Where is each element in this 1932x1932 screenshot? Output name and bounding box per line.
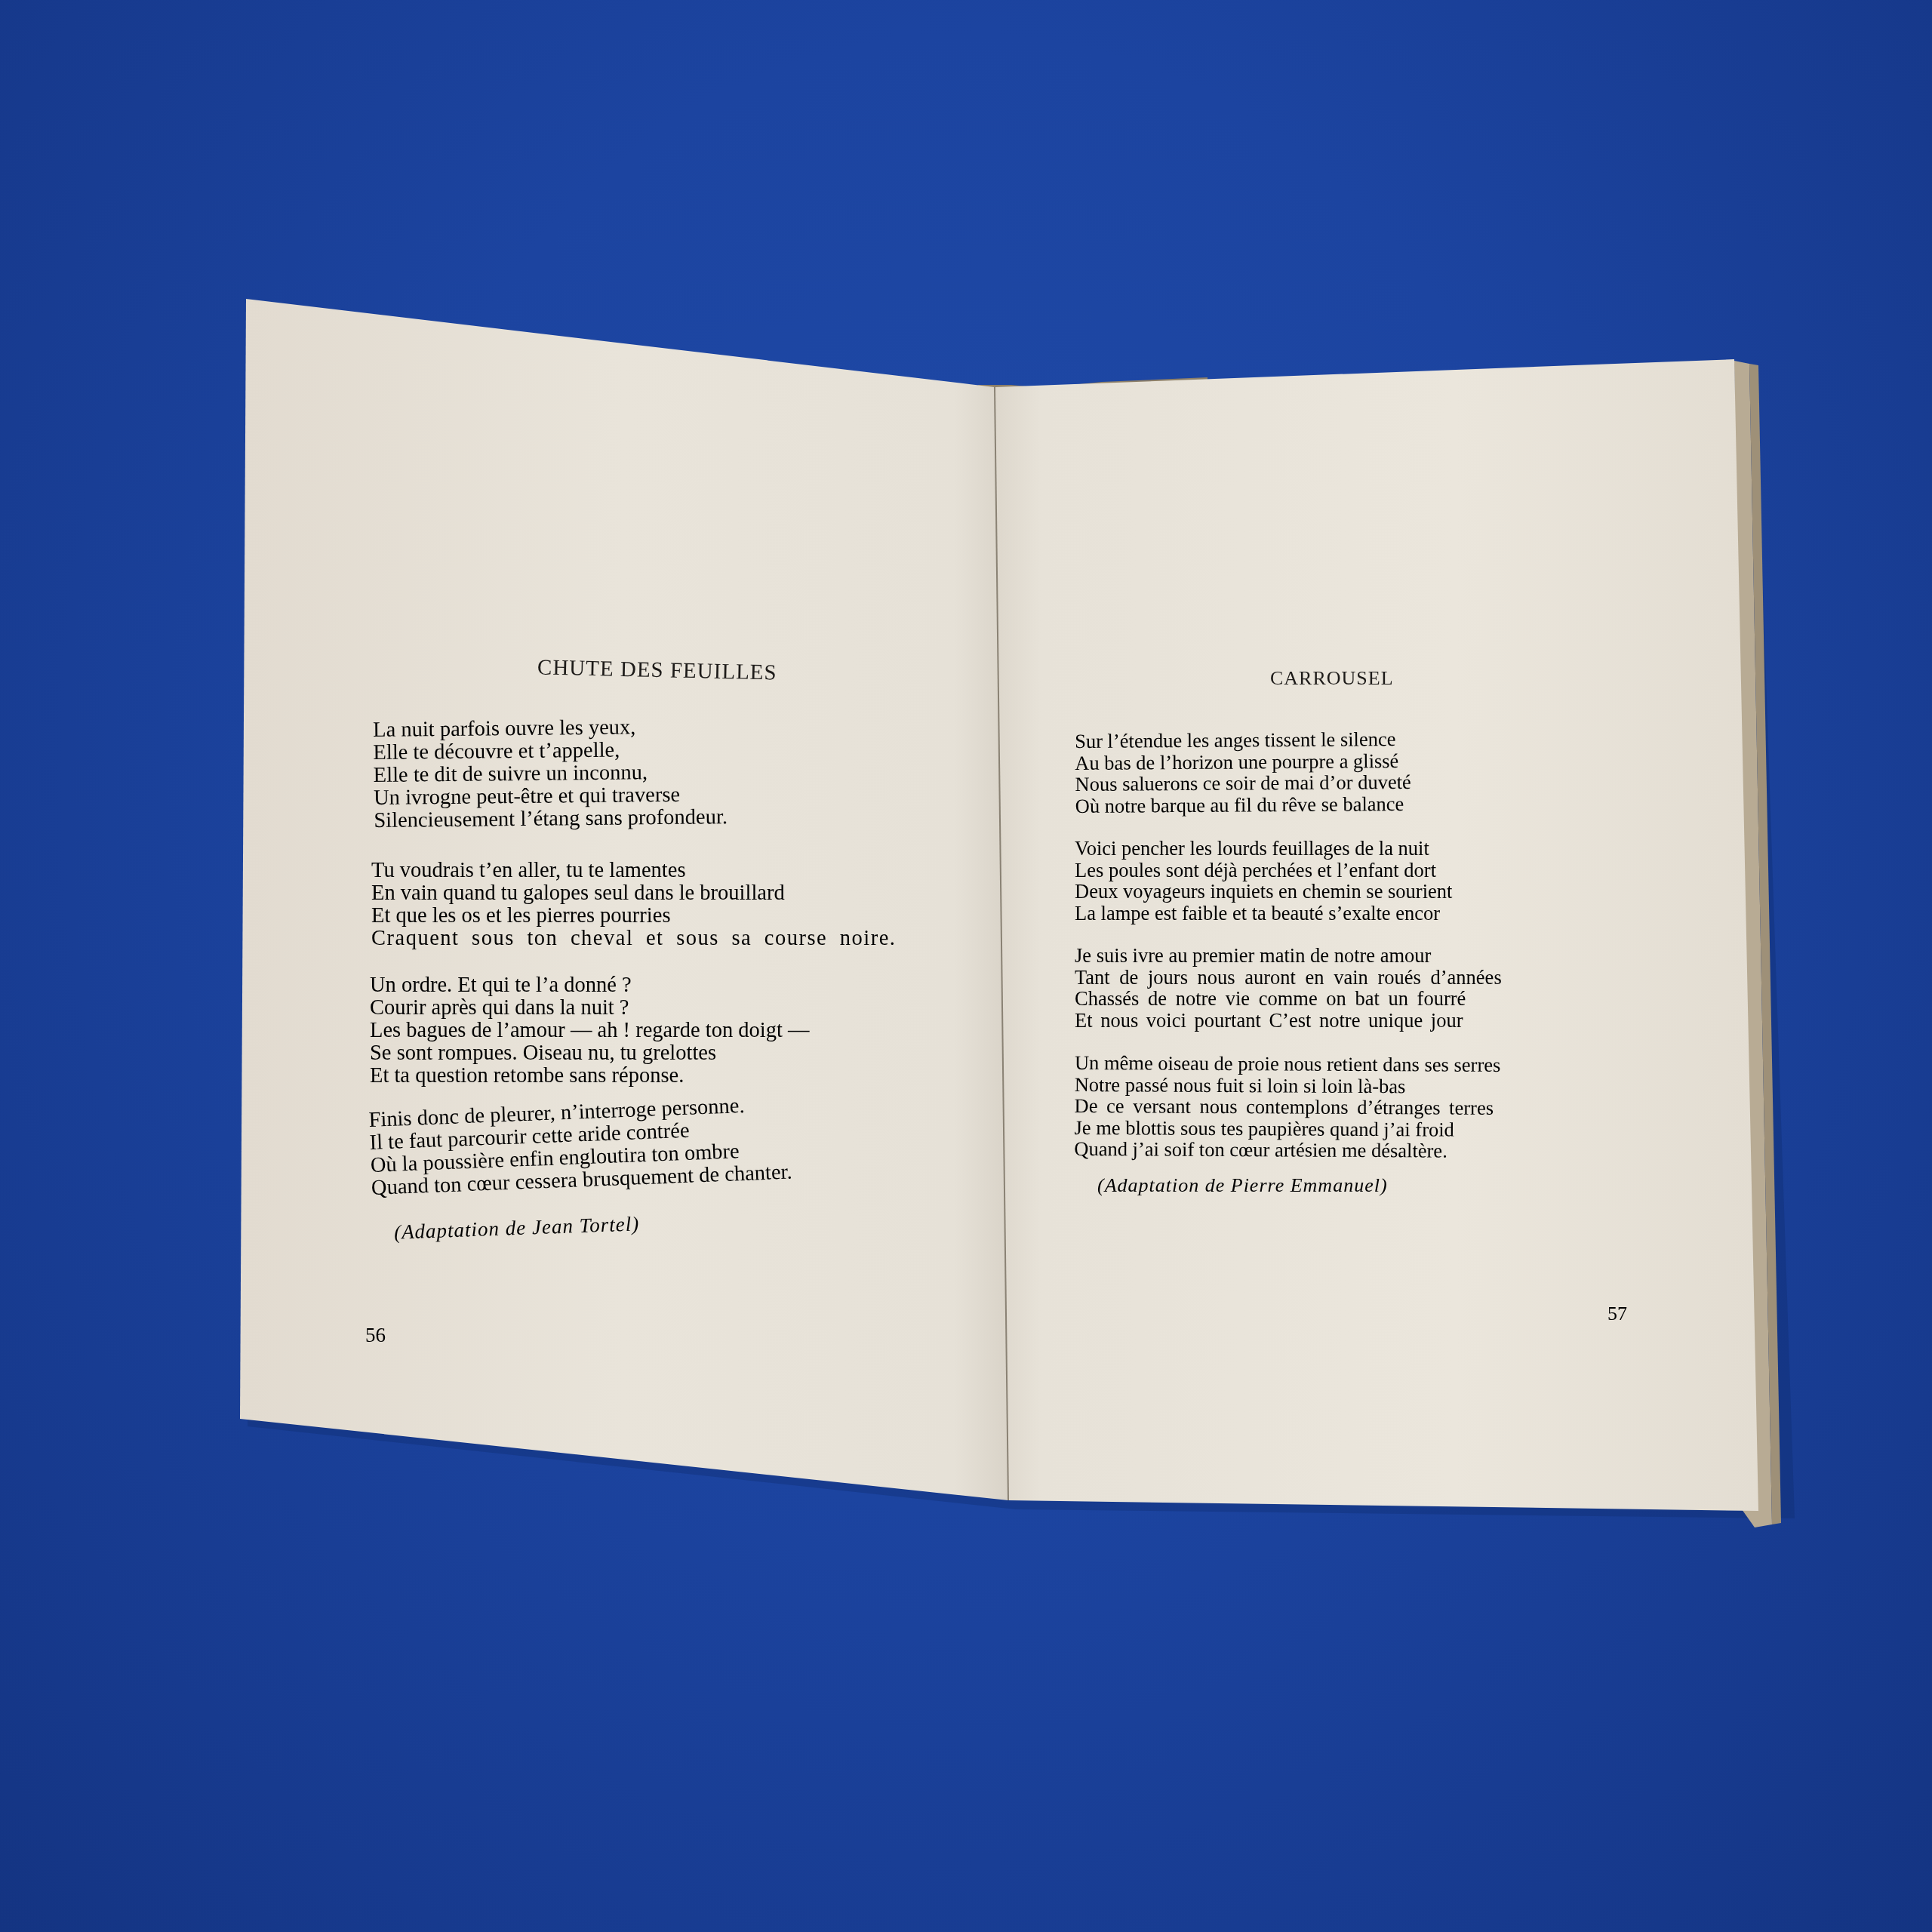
verse-line: Notre passé nous fuit si loin si loin là…: [1075, 1073, 1501, 1097]
verse-line: Je suis ivre au premier matin de notre a…: [1075, 945, 1502, 967]
verse-line: Un ordre. Et qui te l’a donné ?: [370, 974, 809, 997]
right-page-number: 57: [1607, 1303, 1627, 1325]
verse-line: La lampe est faible et ta beauté s’exalt…: [1075, 903, 1452, 924]
verse-line: Chassés de notre vie comme on bat un fou…: [1075, 988, 1502, 1010]
verse-line: En vain quand tu galopes seul dans le br…: [371, 882, 897, 905]
left-page-number: 56: [365, 1324, 386, 1347]
verse-line: Et nous voici pourtant C’est notre uniqu…: [1075, 1010, 1502, 1032]
verse-line: Nous saluerons ce soir de mai d’or duvet…: [1075, 771, 1411, 795]
verse-line: Tant de jours nous auront en vain roués …: [1075, 967, 1502, 989]
left-stanza-1: La nuit parfois ouvre les yeux, Elle te …: [373, 715, 728, 832]
verse-line: Craquent sous ton cheval et sous sa cour…: [371, 928, 897, 950]
open-book: CHUTE DES FEUILLES La nuit parfois ouvre…: [0, 0, 1932, 1932]
left-stanza-4: Finis donc de pleurer, n’interroge perso…: [368, 1094, 792, 1200]
left-stanza-2: Tu voudrais t’en aller, tu te lamentes E…: [371, 860, 897, 950]
left-stanza-3: Un ordre. Et qui te l’a donné ? Courir a…: [370, 974, 809, 1088]
verse-line: Silencieusement l’étang sans profondeur.: [374, 806, 728, 832]
right-stanza-2: Voici pencher les lourds feuillages de l…: [1075, 838, 1452, 924]
verse-line: Courir après qui dans la nuit ?: [370, 997, 809, 1020]
right-page-credit: (Adaptation de Pierre Emmanuel): [1097, 1174, 1388, 1197]
verse-line: Voici pencher les lourds feuillages de l…: [1075, 838, 1452, 860]
verse-line: Et ta question retombe sans réponse.: [370, 1065, 809, 1088]
right-stanza-1: Sur l’étendue les anges tissent le silen…: [1075, 728, 1411, 817]
right-stanza-4: Un même oiseau de proie nous retient dan…: [1074, 1052, 1500, 1161]
verse-line: Un même oiseau de proie nous retient dan…: [1075, 1052, 1501, 1075]
verse-line: Se sont rompues. Oiseau nu, tu grelottes: [370, 1042, 809, 1065]
verse-line: Quand j’ai soif ton cœur artésien me dés…: [1074, 1138, 1500, 1161]
verse-line: De ce versant nous contemplons d’étrange…: [1075, 1095, 1501, 1118]
verse-line: Tu voudrais t’en aller, tu te lamentes: [371, 860, 897, 882]
verse-line: Les bagues de l’amour — ah ! regarde ton…: [370, 1020, 809, 1042]
right-stanza-3: Je suis ivre au premier matin de notre a…: [1075, 945, 1502, 1031]
verse-line: Sur l’étendue les anges tissent le silen…: [1075, 728, 1411, 752]
left-page-title: CHUTE DES FEUILLES: [537, 655, 777, 685]
verse-line: Les poules sont déjà perchées et l’enfan…: [1075, 860, 1452, 881]
verse-line: Où notre barque au fil du rêve se balanc…: [1075, 792, 1411, 817]
right-page-title: CARROUSEL: [1270, 667, 1394, 690]
verse-line: Au bas de l’horizon une pourpre a glissé: [1075, 749, 1411, 774]
verse-line: Et que les os et les pierres pourries: [371, 905, 897, 928]
verse-line: Je me blottis sous tes paupières quand j…: [1074, 1116, 1500, 1140]
verse-line: Deux voyageurs inquiets en chemin se sou…: [1075, 881, 1452, 903]
left-page-credit: (Adaptation de Jean Tortel): [394, 1212, 640, 1244]
verse-line: Elle te découvre et t’appelle,: [373, 738, 727, 764]
verse-line: La nuit parfois ouvre les yeux,: [373, 715, 727, 742]
